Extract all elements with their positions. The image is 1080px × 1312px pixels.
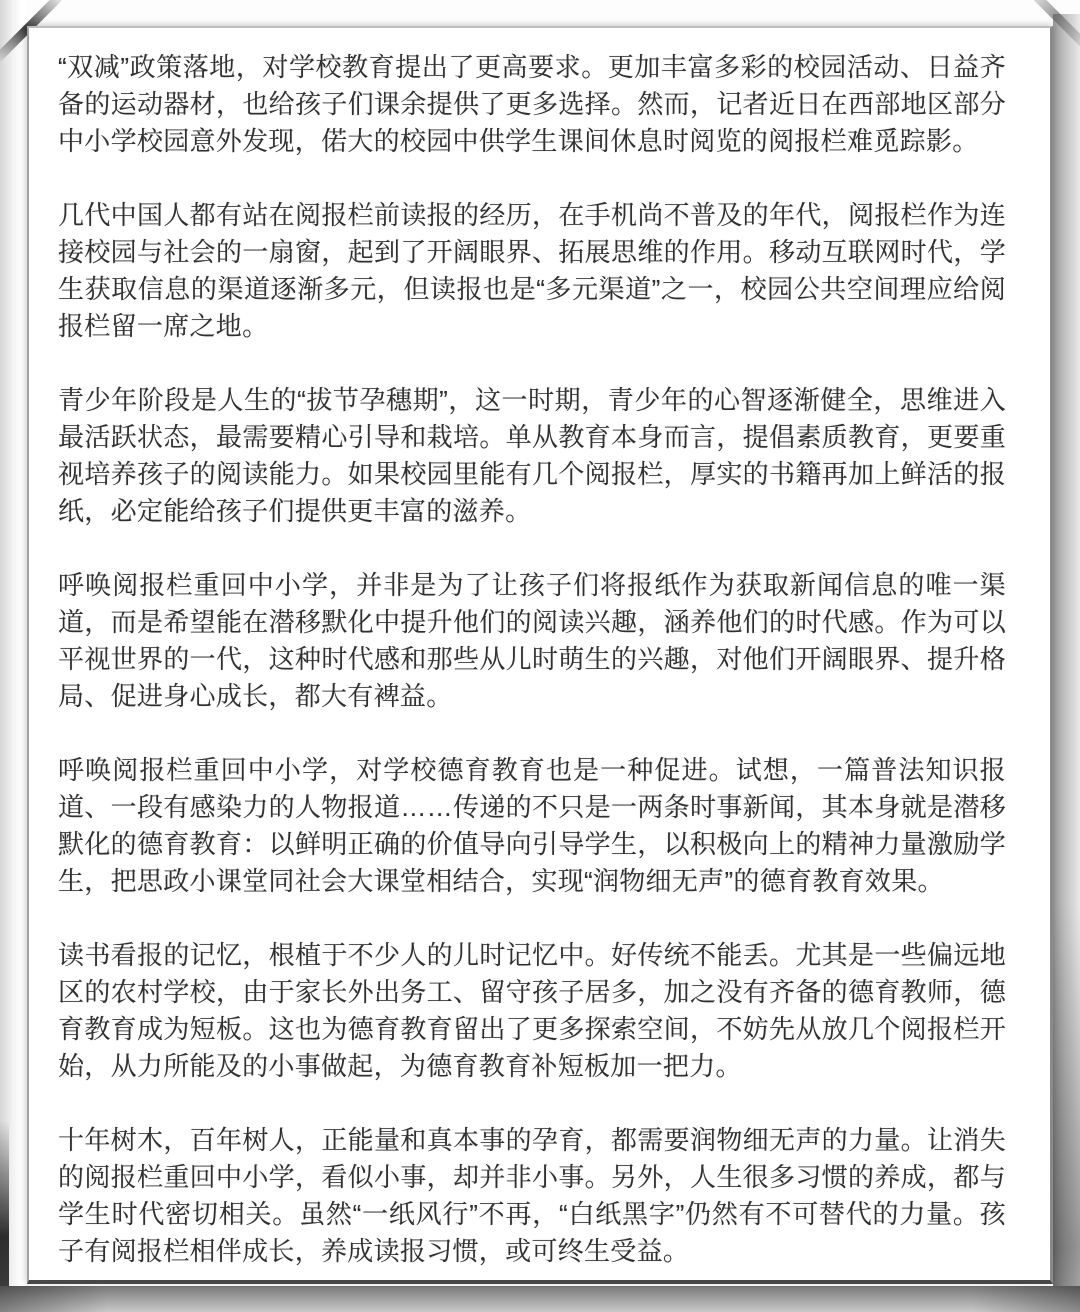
backdrop-strip-bottom-left [0, 1120, 9, 1286]
page-shadow-bottom [0, 1286, 1080, 1312]
paragraph-5: 呼唤阅报栏重回中小学，对学校德育教育也是一种促进。试想，一篇普法知识报道、一段有… [58, 752, 1006, 900]
photo-backdrop: “双减”政策落地，对学校教育提出了更高要求。更加丰富多彩的校园活动、日益齐备的运… [0, 0, 1080, 1312]
page-shadow-right [1053, 14, 1080, 1286]
paragraph-7: 十年树木，百年树人，正能量和真本事的孕育，都需要润物细无声的力量。让消失的阅报栏… [58, 1122, 1006, 1270]
paragraph-3: 青少年阶段是人生的“拔节孕穗期”，这一时期，青少年的心智逐渐健全，思维进入最活跃… [58, 382, 1006, 530]
paragraph-6: 读书看报的记忆，根植于不少人的儿时记忆中。好传统不能丢。尤其是一些偏远地区的农村… [58, 937, 1006, 1085]
article-page: “双减”政策落地，对学校教育提出了更高要求。更加丰富多彩的校园活动、日益齐备的运… [27, 26, 1053, 1284]
paragraph-4: 呼唤阅报栏重回中小学，并非是为了让孩子们将报纸作为获取新闻信息的唯一渠道，而是希… [58, 567, 1006, 715]
paragraph-2: 几代中国人都有站在阅报栏前读报的经历，在手机尚不普及的年代，阅报栏作为连接校园与… [58, 197, 1006, 345]
page-shadow-left [0, 0, 27, 1286]
paragraph-1: “双减”政策落地，对学校教育提出了更高要求。更加丰富多彩的校园活动、日益齐备的运… [58, 49, 1006, 160]
